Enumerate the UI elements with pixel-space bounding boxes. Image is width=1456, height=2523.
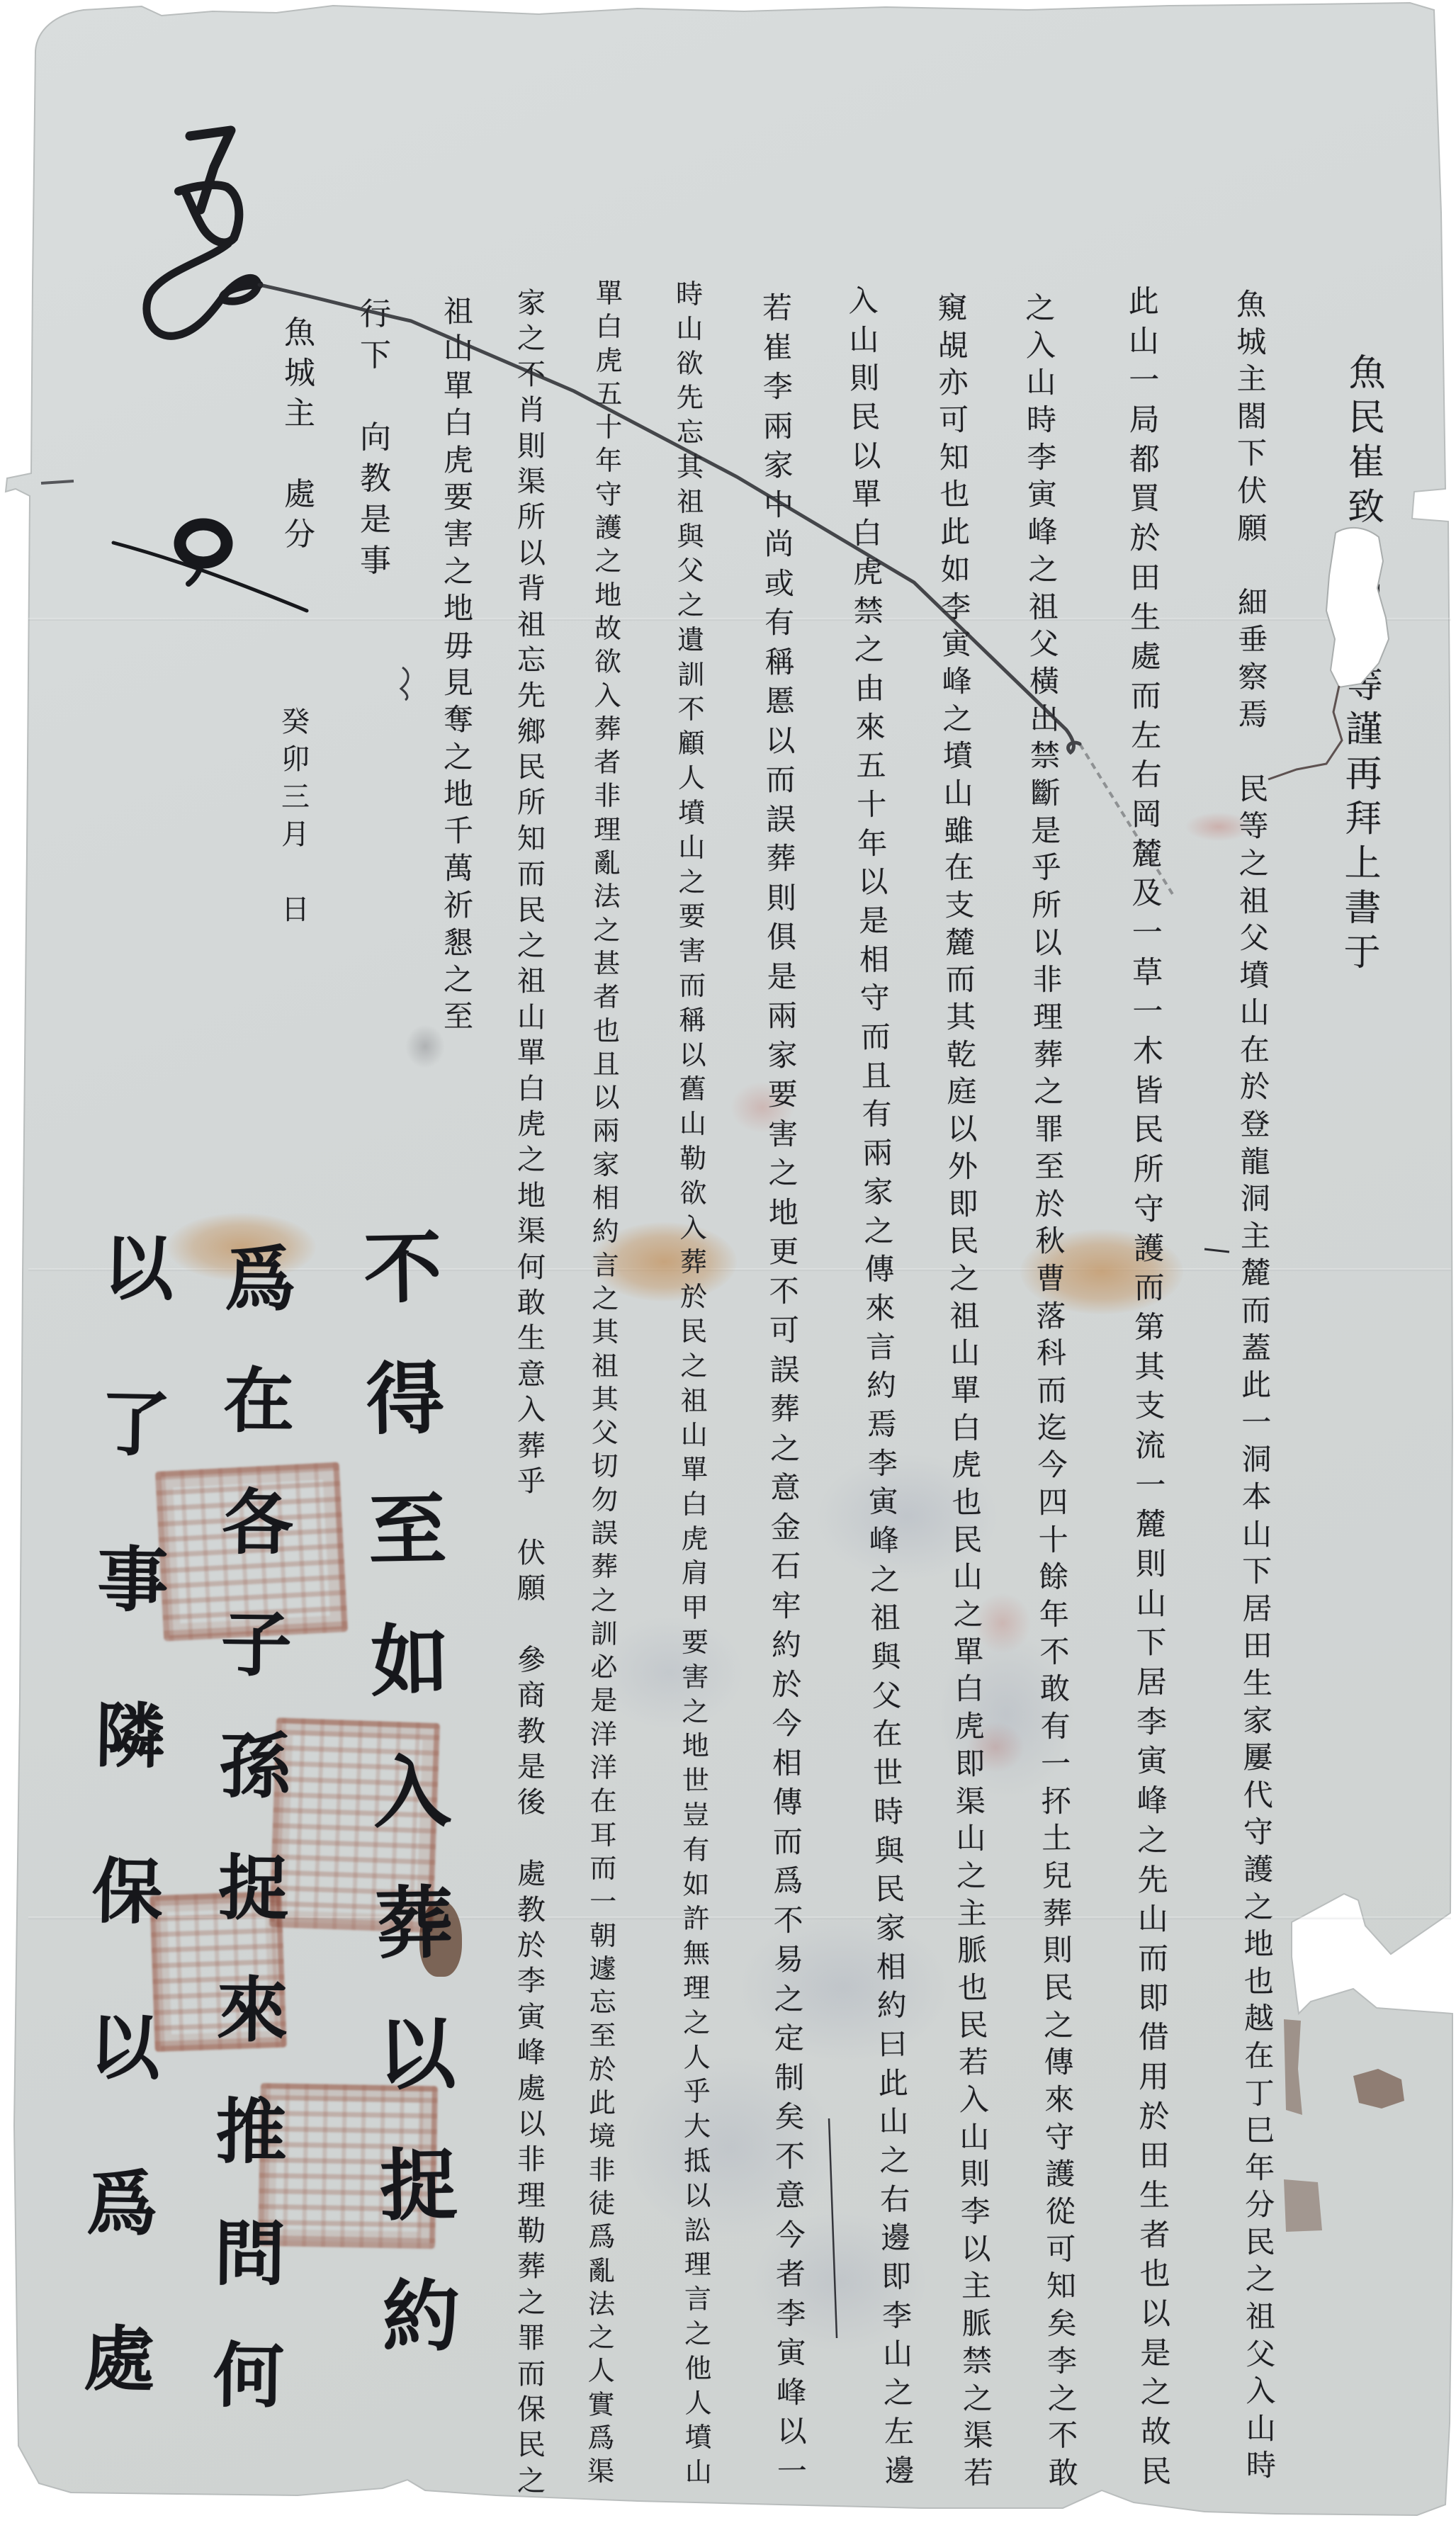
document-page: 魚民崔致□□敬等謹再拜上書于 魚城主閤下伏願細垂察焉民等之祖父墳山在於登龍洞主麓… (0, 0, 1456, 2523)
paper-hole (1326, 528, 1389, 687)
paper-crack (1268, 686, 1342, 779)
paper-damage (0, 0, 1456, 2523)
